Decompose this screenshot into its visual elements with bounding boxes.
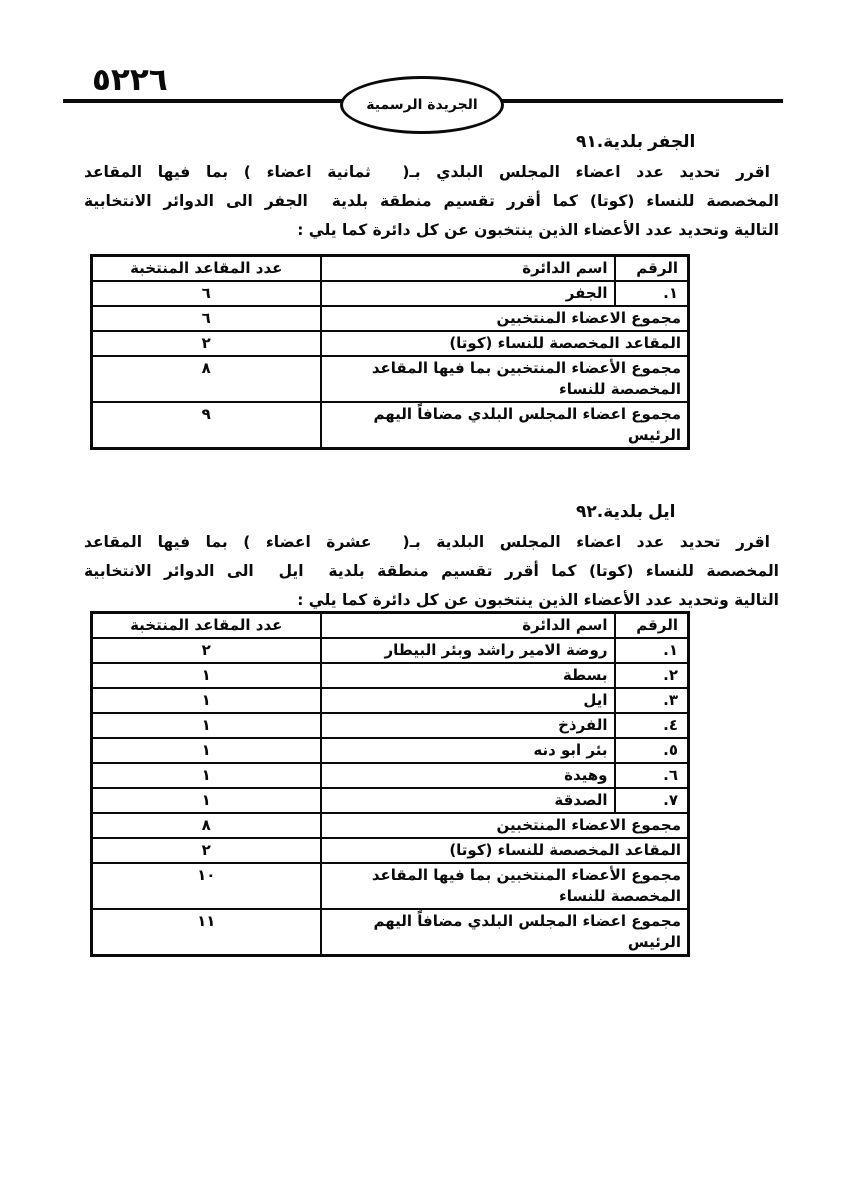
table-row: ١. روضة الامير راشد وبئر البيطار ٢ [92,638,689,663]
gazette-title-ellipse: الجريدة الرسمية [340,76,504,134]
summary-label: مجموع الأعضاء المنتخبين بما فيها المقاعد… [321,863,689,909]
table-row: ٤. الفرذخ ١ [92,713,689,738]
section-92-heading: ٩٢.بلديةايل [576,502,675,522]
row-seats: ٦ [92,281,321,306]
table-row: ١. الجفر ٦ [92,281,689,306]
table-row: ٧. الصدقة ١ [92,788,689,813]
row-number: ١. [615,281,689,306]
section-92-name-word2: ايل [648,502,675,522]
table-header-row: الرقم اسم الدائرة عدد المقاعد المنتخبة [92,613,689,639]
summary-label: المقاعد المخصصة للنساء (كوتا) [321,838,689,863]
district-table-92: الرقم اسم الدائرة عدد المقاعد المنتخبة ١… [90,611,690,957]
district-table-91: الرقم اسم الدائرة عدد المقاعد المنتخبة ١… [90,254,690,450]
row-district: الفرذخ [321,713,615,738]
row-seats: ٢ [92,638,321,663]
summary-value: ٨ [92,813,321,838]
row-number: ٧. [615,788,689,813]
table-header-row: الرقم اسم الدائرة عدد المقاعد المنتخبة [92,256,689,282]
row-district: روضة الامير راشد وبئر البيطار [321,638,615,663]
summary-value: ١١ [92,909,321,956]
summary-row: مجموع الاعضاء المنتخبين ٦ [92,306,689,331]
summary-row: مجموع الأعضاء المنتخبين بما فيها المقاعد… [92,863,689,909]
summary-label: مجموع الاعضاء المنتخبين [321,813,689,838]
summary-row: مجموع اعضاء المجلس البلدي مضافاً اليهم ا… [92,909,689,956]
section-91-name-word2: الجفر [648,132,695,152]
row-number: ٤. [615,713,689,738]
section-91-paragraph-lastline: التالية وتحديد عدد الأعضاء الذين ينتخبون… [84,216,779,245]
summary-row: مجموع الأعضاء المنتخبين بما فيها المقاعد… [92,356,689,402]
gazette-page: { "page": { "number": "٥٢٢٦", "gazette_t… [0,0,850,1193]
row-number: ٣. [615,688,689,713]
row-number: ٥. [615,738,689,763]
row-seats: ١ [92,663,321,688]
section-91-heading: ٩١.بلديةالجفر [576,132,695,152]
row-seats: ١ [92,688,321,713]
section-92-number: ٩٢. [576,502,603,522]
summary-value: ٢ [92,838,321,863]
gazette-title: الجريدة الرسمية [366,97,477,113]
summary-row: المقاعد المخصصة للنساء (كوتا) ٢ [92,331,689,356]
summary-value: ٨ [92,356,321,402]
row-number: ٦. [615,763,689,788]
section-92-name-word1: بلدية [603,502,643,522]
row-district: وهيدة [321,763,615,788]
table-row: ٢. بسطة ١ [92,663,689,688]
section-92-paragraph-body: اقرر تحديد عدد اعضاء المجلس البلدية بـ( … [84,528,779,586]
row-seats: ١ [92,713,321,738]
row-seats: ١ [92,763,321,788]
summary-label: مجموع الأعضاء المنتخبين بما فيها المقاعد… [321,356,689,402]
summary-value: ٢ [92,331,321,356]
summary-value: ٦ [92,306,321,331]
header-seats: عدد المقاعد المنتخبة [92,256,321,282]
summary-label: مجموع الاعضاء المنتخبين [321,306,689,331]
row-seats: ١ [92,738,321,763]
summary-row: مجموع اعضاء المجلس البلدي مضافاً اليهم ا… [92,402,689,449]
section-91-paragraph: اقرر تحديد عدد اعضاء المجلس البلدي بـ( ث… [84,158,779,244]
table-row: ٥. بئر ابو دنه ١ [92,738,689,763]
header-number: الرقم [615,256,689,282]
section-91-paragraph-body: اقرر تحديد عدد اعضاء المجلس البلدي بـ( ث… [84,158,779,216]
summary-value: ٩ [92,402,321,449]
table-row: ٦. وهيدة ١ [92,763,689,788]
table-row: ٣. ايل ١ [92,688,689,713]
page-number: ٥٢٢٦ [92,62,168,98]
row-number: ٢. [615,663,689,688]
row-seats: ١ [92,788,321,813]
header-seats: عدد المقاعد المنتخبة [92,613,321,639]
row-district: بئر ابو دنه [321,738,615,763]
summary-value: ١٠ [92,863,321,909]
summary-row: مجموع الاعضاء المنتخبين ٨ [92,813,689,838]
header-district: اسم الدائرة [321,613,615,639]
summary-label: مجموع اعضاء المجلس البلدي مضافاً اليهم ا… [321,402,689,449]
summary-label: المقاعد المخصصة للنساء (كوتا) [321,331,689,356]
summary-label: مجموع اعضاء المجلس البلدي مضافاً اليهم ا… [321,909,689,956]
row-district: الصدقة [321,788,615,813]
row-district: الجفر [321,281,615,306]
row-district: بسطة [321,663,615,688]
row-number: ١. [615,638,689,663]
summary-row: المقاعد المخصصة للنساء (كوتا) ٢ [92,838,689,863]
section-91-number: ٩١. [576,132,603,152]
row-district: ايل [321,688,615,713]
section-91-name-word1: بلدية [603,132,643,152]
header-district: اسم الدائرة [321,256,615,282]
header-number: الرقم [615,613,689,639]
section-92-paragraph: اقرر تحديد عدد اعضاء المجلس البلدية بـ( … [84,528,779,614]
